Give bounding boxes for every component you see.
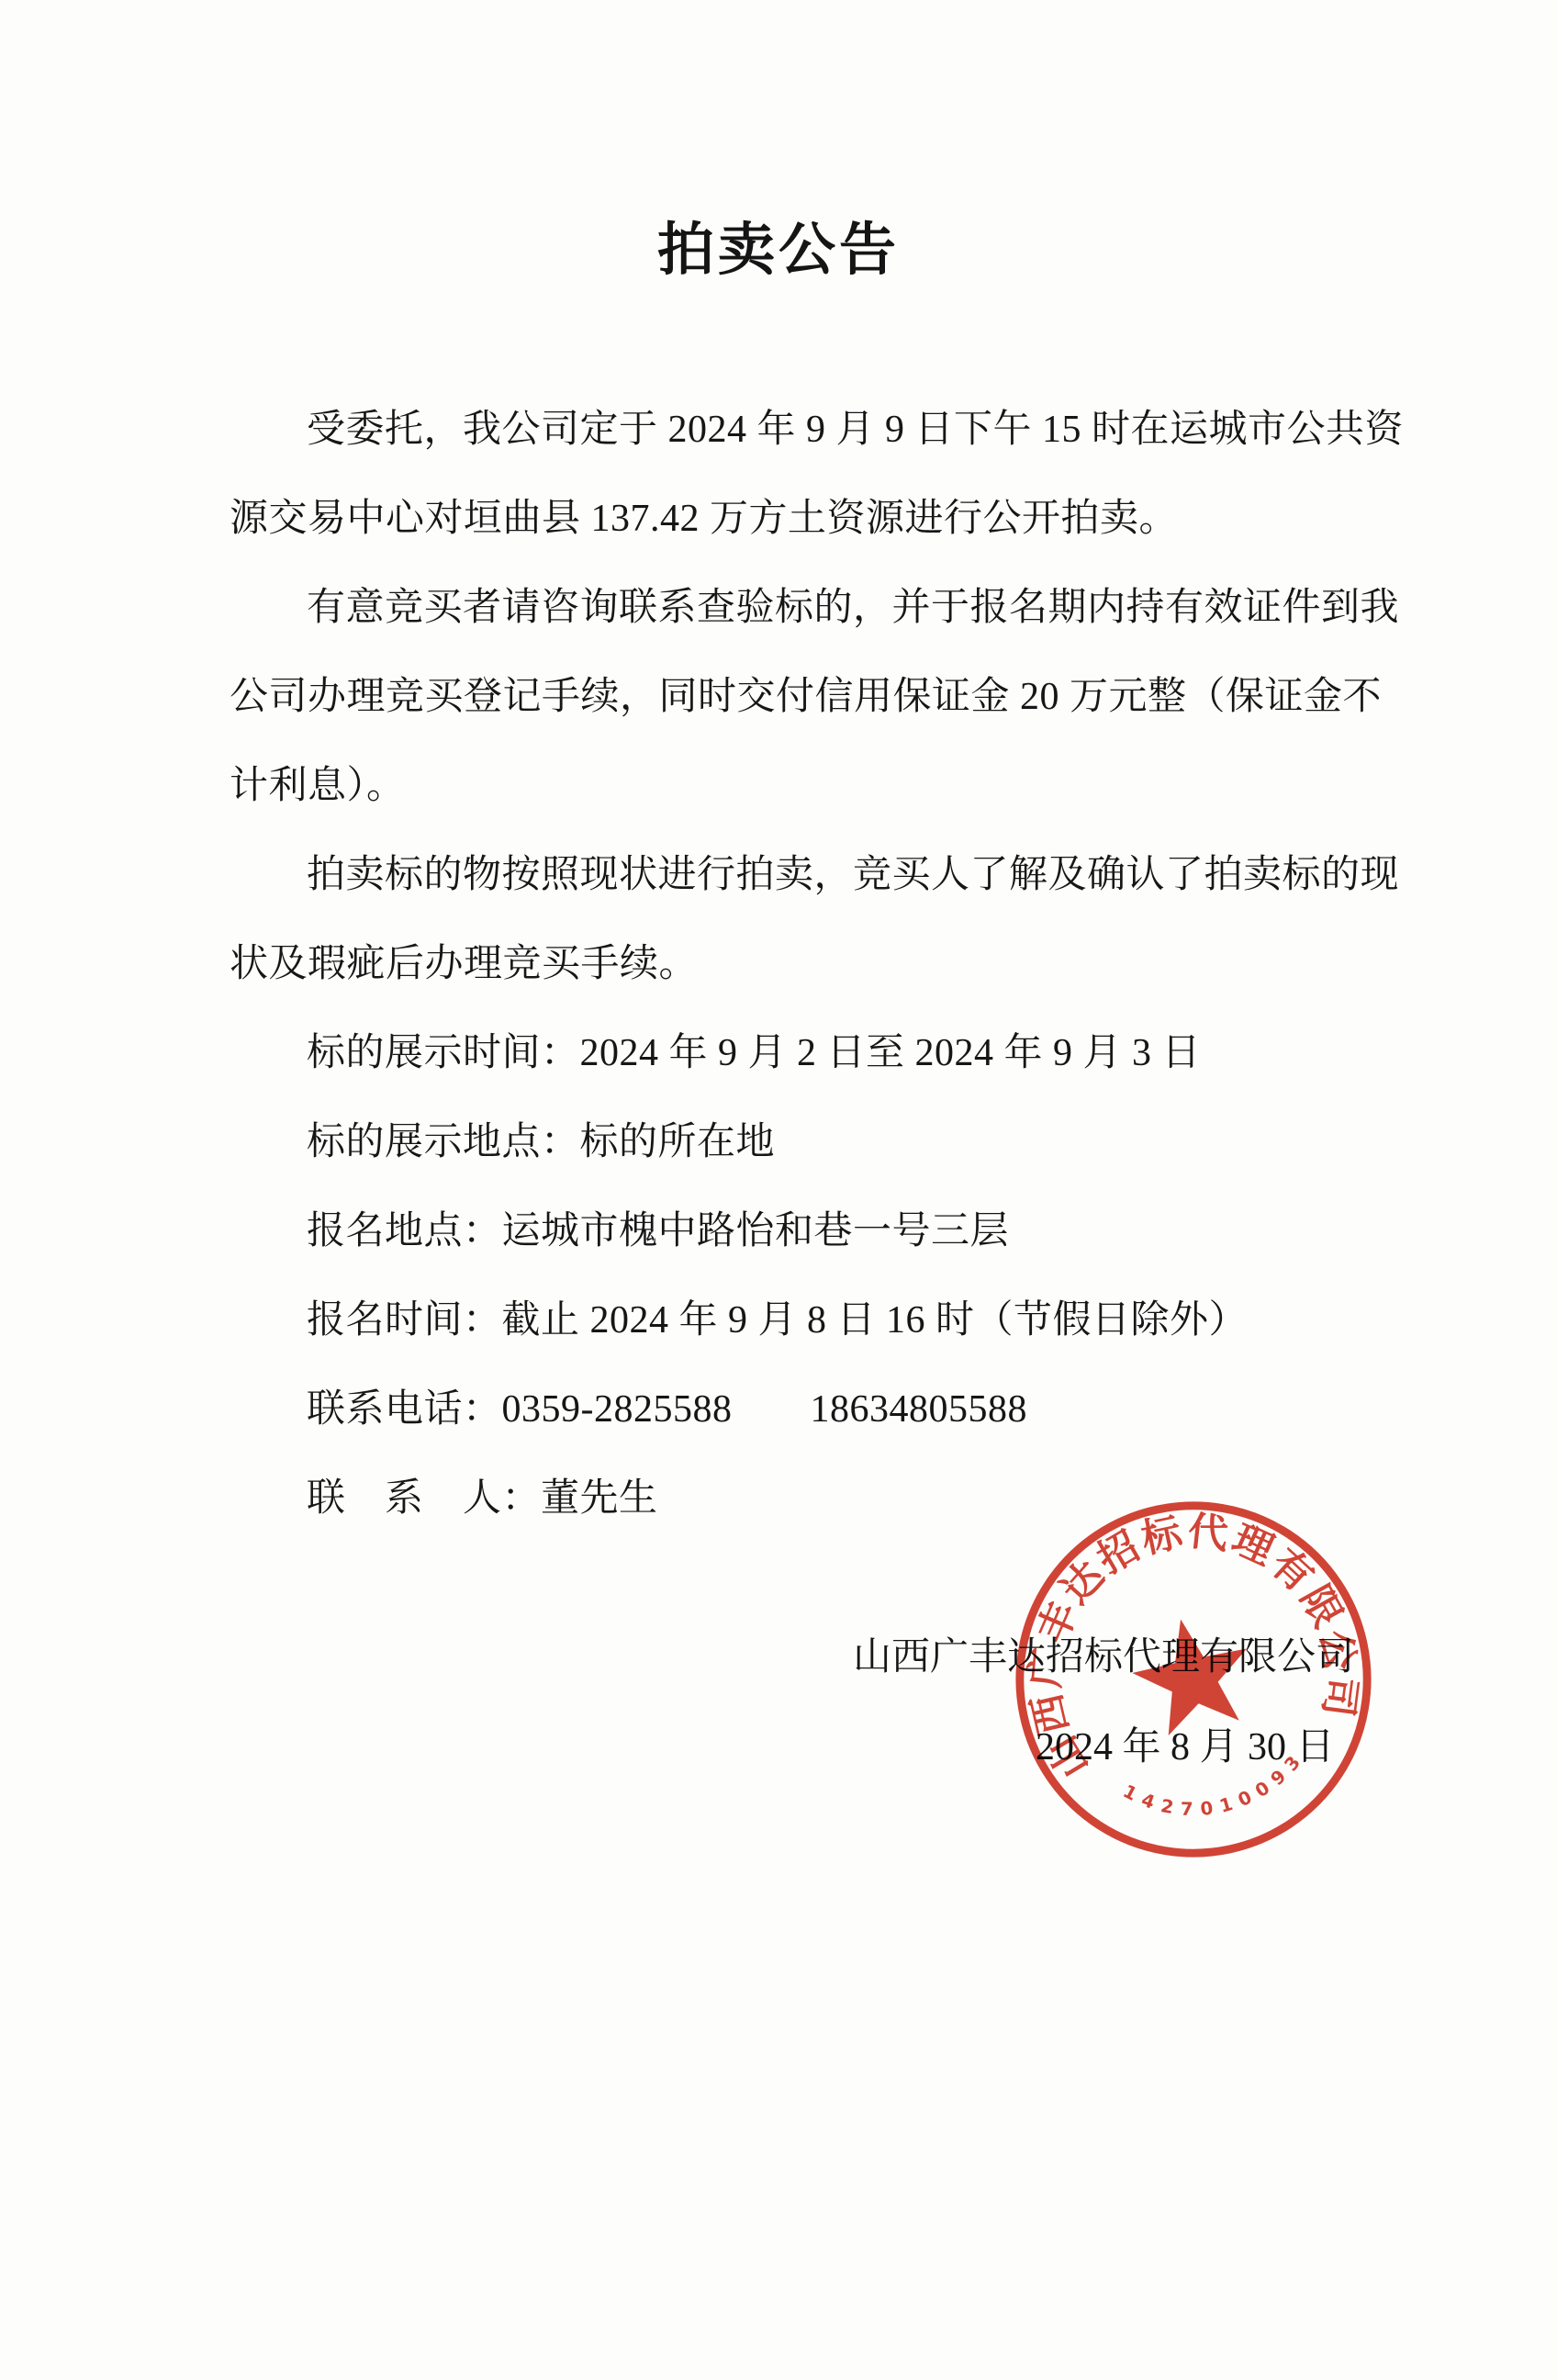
body-line-register-time: 报名时间：截止 2024 年 9 月 8 日 16 时（节假日除外）	[230, 1276, 1368, 1365]
body-line: 公司办理竞买登记手续，同时交付信用保证金 20 万元整（保证金不	[230, 653, 1368, 742]
body-line: 受委托，我公司定于 2024 年 9 月 9 日下午 15 时在运城市公共资	[230, 386, 1368, 475]
document-body: 受委托，我公司定于 2024 年 9 月 9 日下午 15 时在运城市公共资 源…	[230, 386, 1368, 1544]
body-line-contact-phone: 联系电话：0359-2825588 18634805588	[230, 1365, 1368, 1454]
seal-star-icon	[1124, 1607, 1261, 1740]
body-line: 状及瑕疵后办理竞买手续。	[230, 920, 1368, 1009]
body-line: 有意竞买者请咨询联系查验标的，并于报名期内持有效证件到我	[230, 564, 1368, 653]
document-page: 拍卖公告 受委托，我公司定于 2024 年 9 月 9 日下午 15 时在运城市…	[0, 0, 1557, 2380]
body-line: 拍卖标的物按照现状进行拍卖，竞买人了解及确认了拍卖标的现	[230, 831, 1368, 920]
body-line-register-place: 报名地点：运城市槐中路怡和巷一号三层	[230, 1187, 1368, 1276]
body-line: 源交易中心对垣曲县 137.42 万方土资源进行公开拍卖。	[230, 475, 1368, 564]
body-line: 计利息）。	[230, 742, 1368, 831]
page-title: 拍卖公告	[0, 204, 1557, 286]
body-line-exhibit-time: 标的展示时间：2024 年 9 月 2 日至 2024 年 9 月 3 日	[230, 1009, 1368, 1098]
body-line-exhibit-place: 标的展示地点：标的所在地	[230, 1098, 1368, 1187]
company-seal-stamp: 山西广丰达招标代理有限公司 1427010093	[979, 1465, 1407, 1893]
